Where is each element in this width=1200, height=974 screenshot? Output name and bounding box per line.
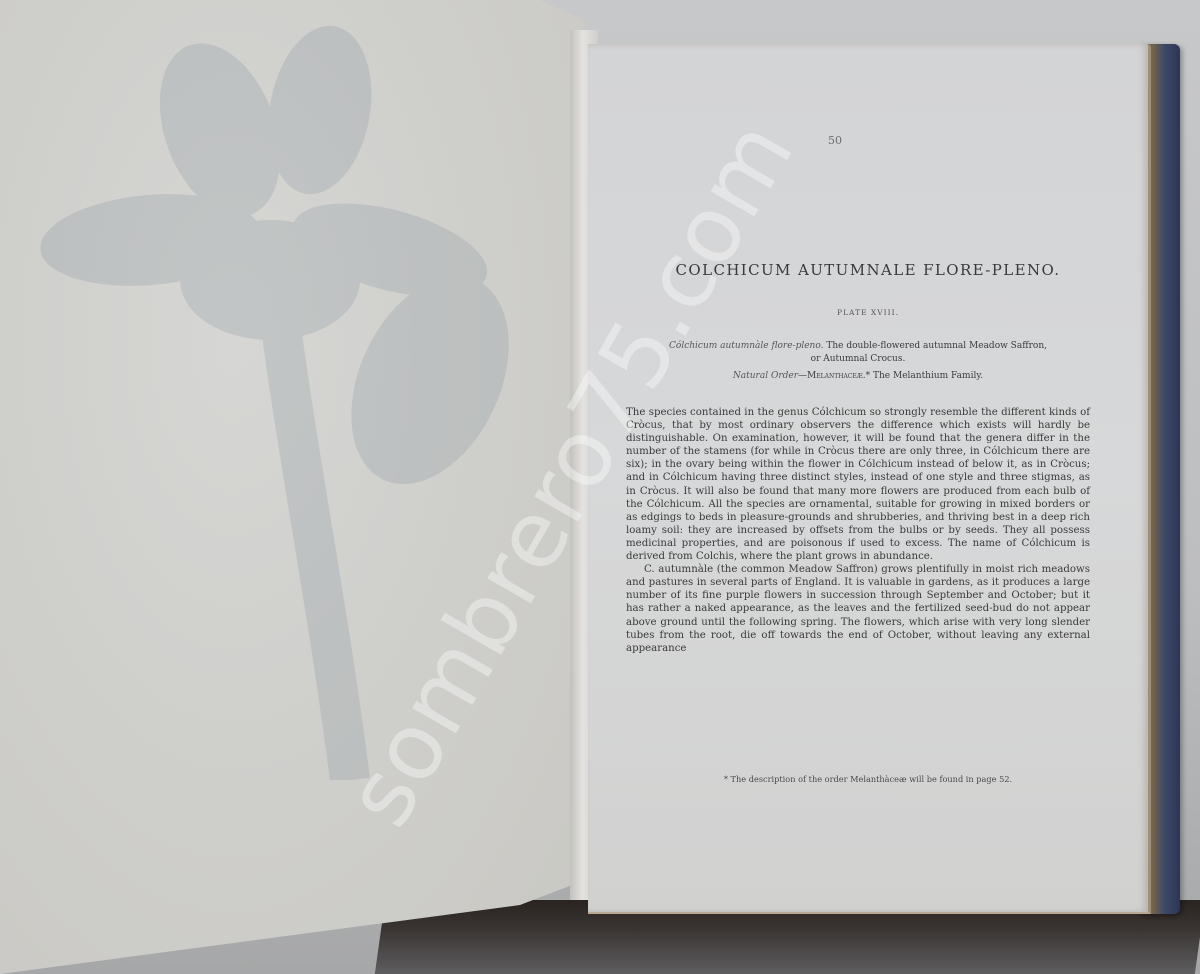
common-name: The double-flowered autumnal Meadow Saff… [826,341,1047,351]
body-text: The species contained in the genus Cólch… [626,406,1090,655]
page-number: 50 [828,134,842,147]
paragraph: The species contained in the genus Cólch… [626,406,1090,563]
natural-order-line: Natural Order—Melanthaceæ.* The Melanthi… [628,370,1088,383]
family-name: The Melanthium Family. [873,371,983,381]
natural-order-name: —Melanthaceæ.* [798,371,870,381]
footnote: * The description of the order Melanthàc… [648,774,1088,784]
right-page: 50 COLCHICUM AUTUMNALE FLORE-PLENO. PLAT… [588,44,1151,914]
paragraph: C. autumnàle (the common Meadow Saffron)… [626,563,1090,655]
left-page [0,0,585,974]
natural-order-label: Natural Order [733,371,798,381]
